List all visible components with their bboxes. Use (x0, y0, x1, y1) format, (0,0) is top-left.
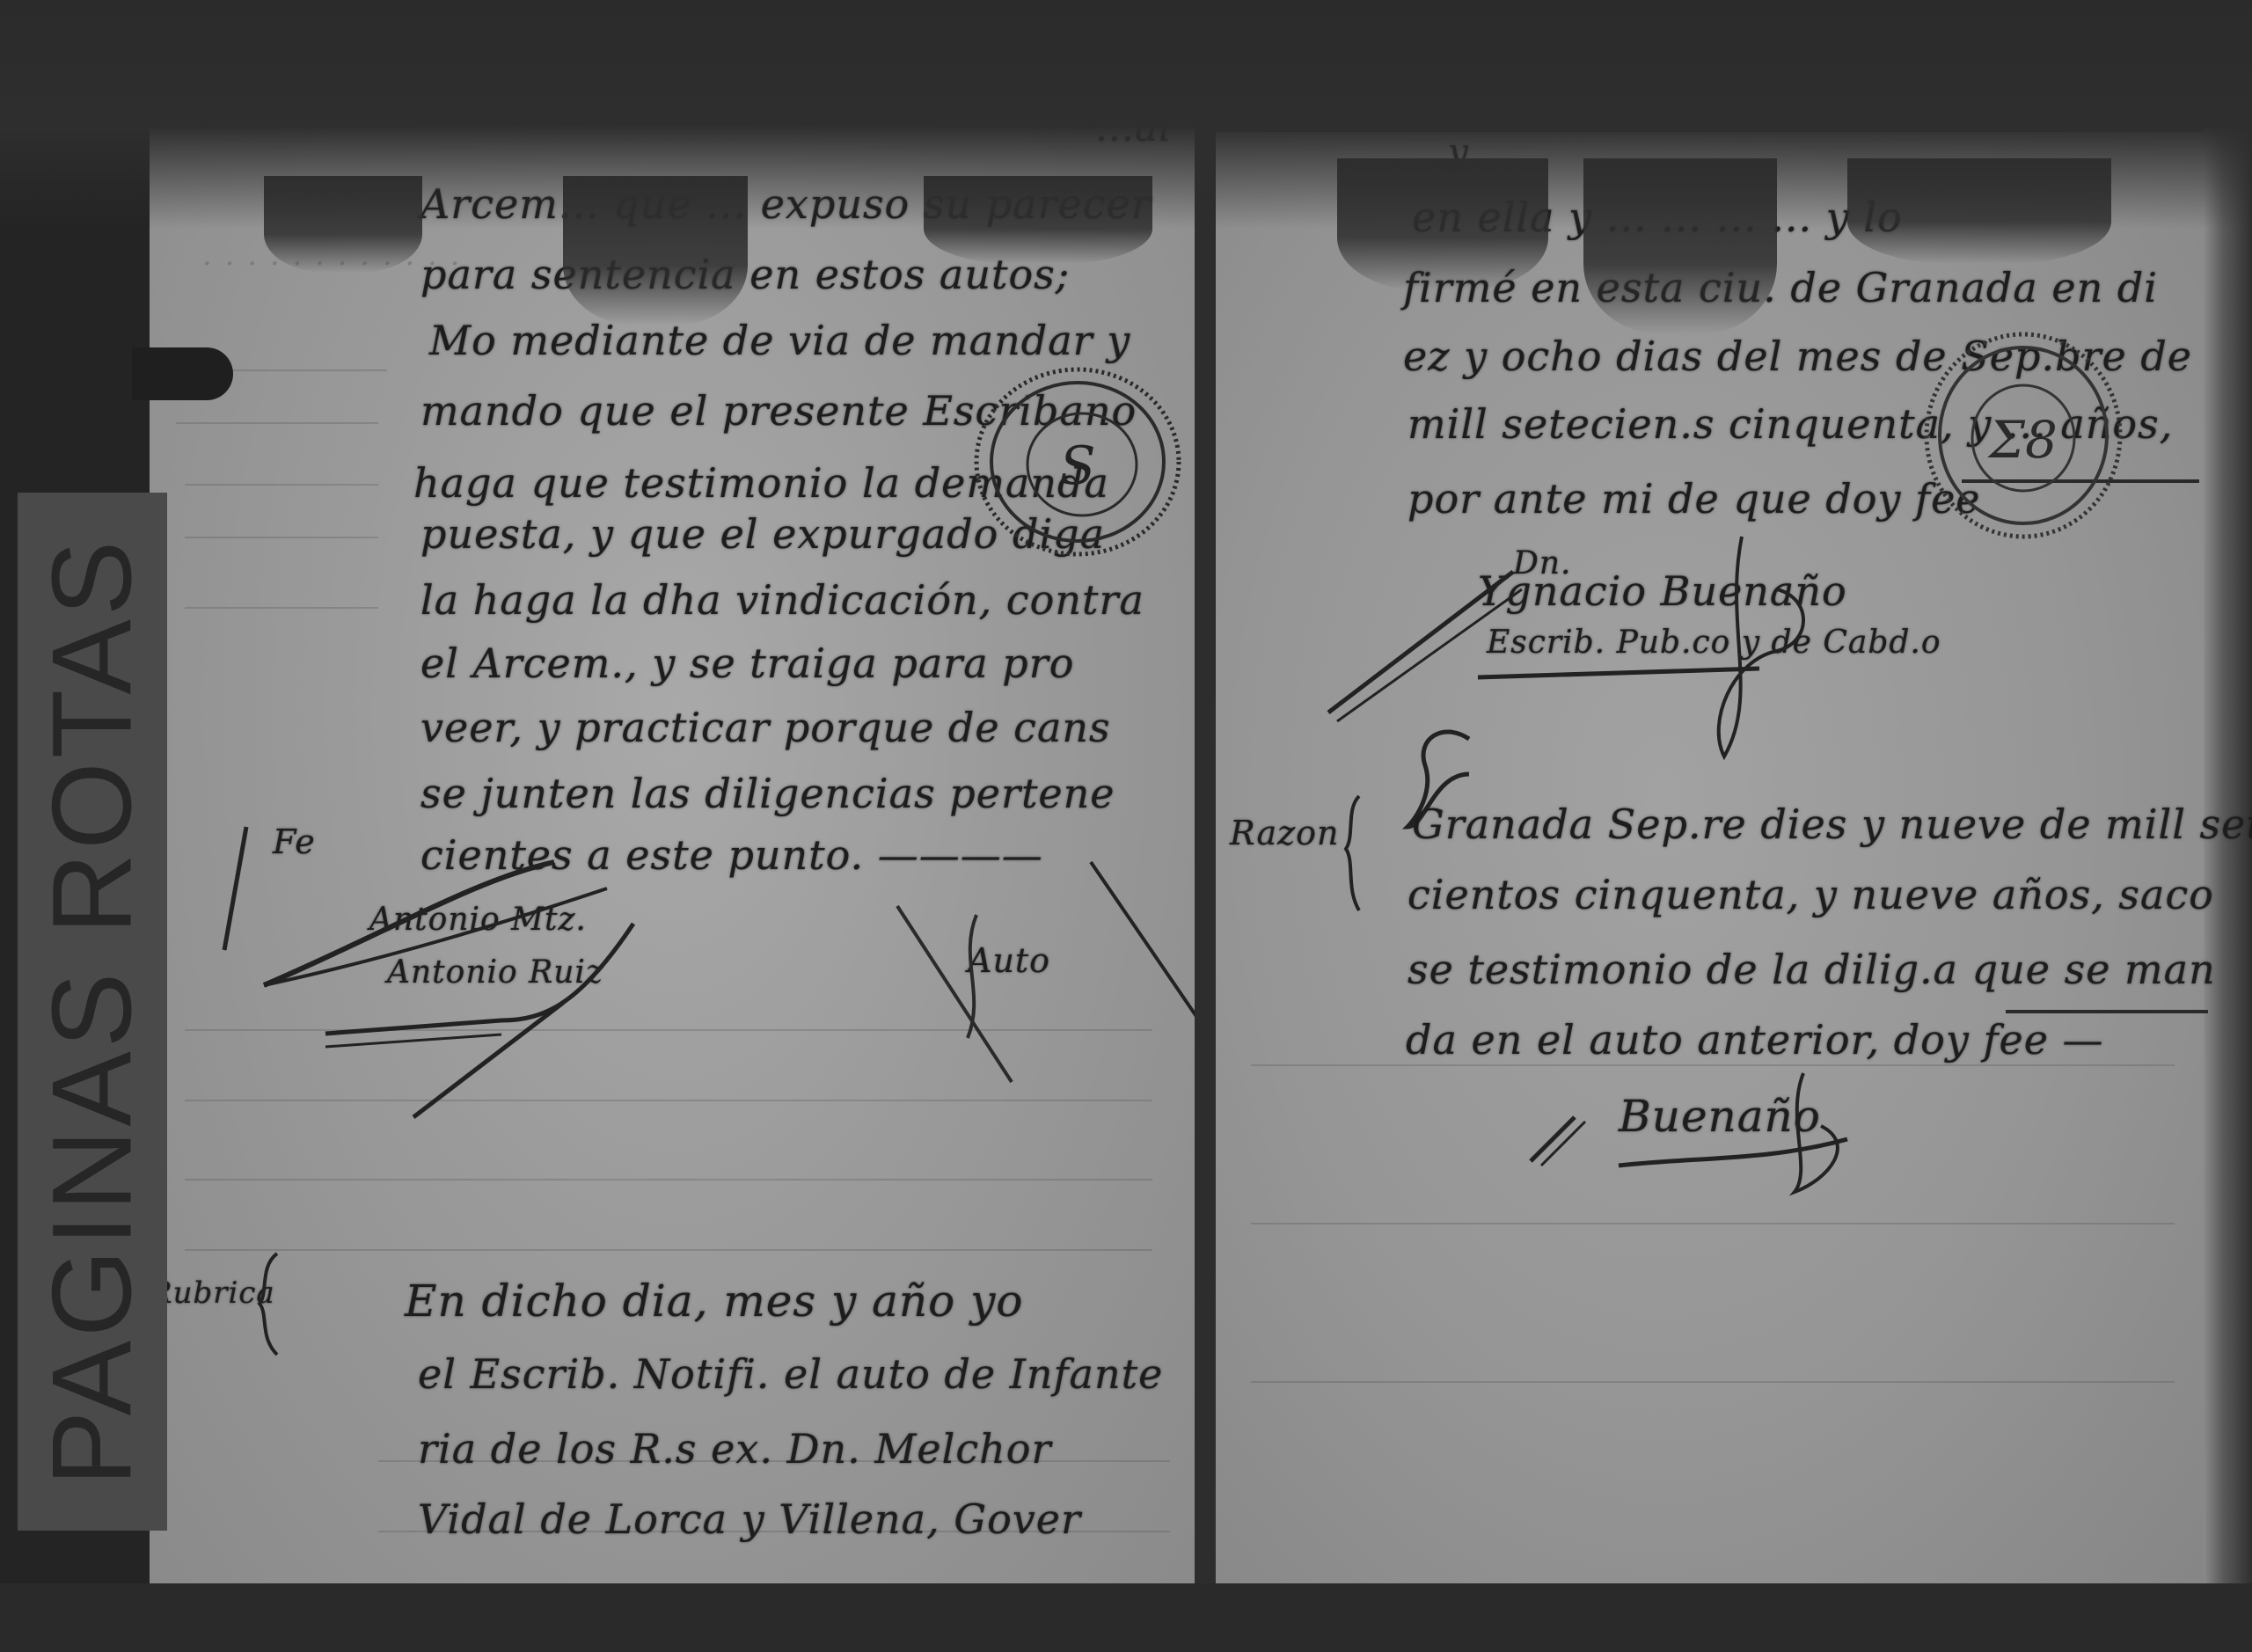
left-line-0: ...al (1095, 106, 1172, 150)
left-bottom-line-0: En dicho dia, mes y año yo (405, 1276, 1023, 1327)
stamp-label-text: PAGINAS ROTAS (28, 537, 157, 1487)
bottom-shadow-band (0, 1583, 2252, 1652)
left-line-10: se junten las diligencias pertene (420, 770, 1115, 817)
left-margin-flourish-icon (880, 888, 1056, 1091)
right-official-seal-icon: Σ8 (1918, 325, 2129, 545)
svg-text:Σ8: Σ8 (1987, 410, 2058, 470)
razon-line-1: cientos cinquenta, y nueve años, saco (1407, 871, 2214, 918)
left-line-3: Mo mediante de via de mandar y (429, 317, 1130, 364)
left-official-seal-icon: S (968, 361, 1196, 563)
broken-pages-stamp: PAGINAS ROTAS (18, 493, 167, 1531)
left-line-9: veer, y practicar porque de cans (420, 704, 1111, 751)
razon-line-2: se testimonio de la dilig.a que se man (1407, 946, 2216, 993)
left-line-7: la haga la dha vindicación, contra (420, 576, 1144, 624)
left-bottom-line-1: el Escrib. Notifi. el auto de Infante (418, 1350, 1163, 1398)
book-gutter (1195, 35, 1214, 1619)
left-bottom-line-2: ria de los R.s ex. Dn. Melchor (418, 1425, 1051, 1473)
right-line-5: por ante mi de que doy fee (1407, 475, 1981, 523)
svg-text:S: S (1059, 435, 1095, 497)
left-bottom-line-3: Vidal de Lorca y Villena, Gover (418, 1495, 1081, 1543)
razon-line-0: Granada Sep.re dies y nueve de mill sete (1412, 800, 2252, 848)
right-brace-icon (1337, 792, 1372, 915)
page-clip (132, 347, 233, 400)
right-margin-label: Razon (1230, 814, 1340, 852)
right-page-edge (2204, 114, 2252, 1610)
left-signature-flourish-icon (211, 827, 739, 1126)
right-final-flourish-icon (1522, 1064, 1927, 1196)
left-brace-icon (242, 1249, 295, 1363)
left-line-8: el Arcem., y se traiga para pro (420, 640, 1074, 687)
razon-line-3: da en el auto anterior, doy fee — (1406, 1016, 2104, 1064)
